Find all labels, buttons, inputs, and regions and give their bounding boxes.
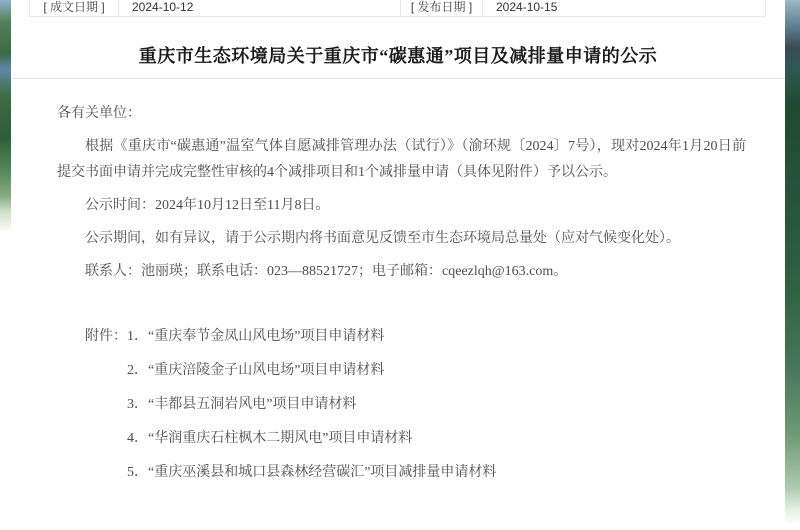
written-date-value: 2024-10-12 bbox=[119, 0, 401, 17]
attachment-item-2: 2．“重庆涪陵金子山风电场”项目申请材料 bbox=[127, 354, 746, 388]
attachment-item-1: 1．“重庆奉节金凤山风电场”项目申请材料 bbox=[127, 320, 746, 354]
background-right-decoration bbox=[785, 0, 800, 530]
document-body: 各有关单位： 根据《重庆市“碳惠通”温室气体自愿减排管理办法（试行）》（渝环规〔… bbox=[11, 101, 785, 490]
attachments-label-spacer bbox=[85, 422, 127, 456]
attachment-row: 3．“丰都县五洞岩风电”项目申请材料 bbox=[57, 388, 746, 422]
attachment-row: 2．“重庆涪陵金子山风电场”项目申请材料 bbox=[57, 354, 746, 388]
title-divider bbox=[11, 78, 785, 79]
attachment-item-5: 5．“重庆巫溪县和城口县森林经营碳汇”项目减排量申请材料 bbox=[127, 456, 746, 490]
paragraph-publicity-period: 公示时间：2024年10月12日至11月8日。 bbox=[57, 193, 746, 219]
publish-date-label: [ 发布日期 ] bbox=[401, 0, 483, 17]
attachment-row: 4．“华润重庆石柱枫木二期风电”项目申请材料 bbox=[57, 422, 746, 456]
publish-date-value: 2024-10-15 bbox=[483, 0, 766, 17]
attachments-label-spacer bbox=[85, 354, 127, 388]
document-meta-bar: [ 成文日期 ] 2024-10-12 [ 发布日期 ] 2024-10-15 bbox=[29, 0, 766, 17]
attachments-list: 附件： 1．“重庆奉节金凤山风电场”项目申请材料 2．“重庆涪陵金子山风电场”项… bbox=[57, 320, 746, 490]
attachment-row: 附件： 1．“重庆奉节金凤山风电场”项目申请材料 bbox=[57, 320, 746, 354]
page-title: 重庆市生态环境局关于重庆市“碳惠通”项目及减排量申请的公示 bbox=[41, 44, 755, 68]
written-date-label: [ 成文日期 ] bbox=[30, 0, 119, 17]
document-content: [ 成文日期 ] 2024-10-12 [ 发布日期 ] 2024-10-15 … bbox=[11, 0, 785, 530]
attachments-label-spacer bbox=[85, 456, 127, 490]
attachments-label-spacer bbox=[85, 388, 127, 422]
background-left-decoration bbox=[0, 0, 11, 530]
attachment-item-4: 4．“华润重庆石柱枫木二期风电”项目申请材料 bbox=[127, 422, 746, 456]
attachments-label: 附件： bbox=[85, 320, 127, 354]
paragraph-basis: 根据《重庆市“碳惠通”温室气体自愿减排管理办法（试行）》（渝环规〔2024〕7号… bbox=[57, 134, 746, 186]
paragraph-feedback: 公示期间，如有异议，请于公示期内将书面意见反馈至市生态环境局总量处（应对气候变化… bbox=[57, 226, 746, 252]
attachment-item-3: 3．“丰都县五洞岩风电”项目申请材料 bbox=[127, 388, 746, 422]
announcement-page: [ 成文日期 ] 2024-10-12 [ 发布日期 ] 2024-10-15 … bbox=[0, 0, 800, 530]
paragraph-contact: 联系人：池丽瑛；联系电话：023—88521727；电子邮箱：cqeezlqh@… bbox=[57, 259, 746, 285]
attachment-row: 5．“重庆巫溪县和城口县森林经营碳汇”项目减排量申请材料 bbox=[57, 456, 746, 490]
salutation: 各有关单位： bbox=[57, 101, 746, 127]
